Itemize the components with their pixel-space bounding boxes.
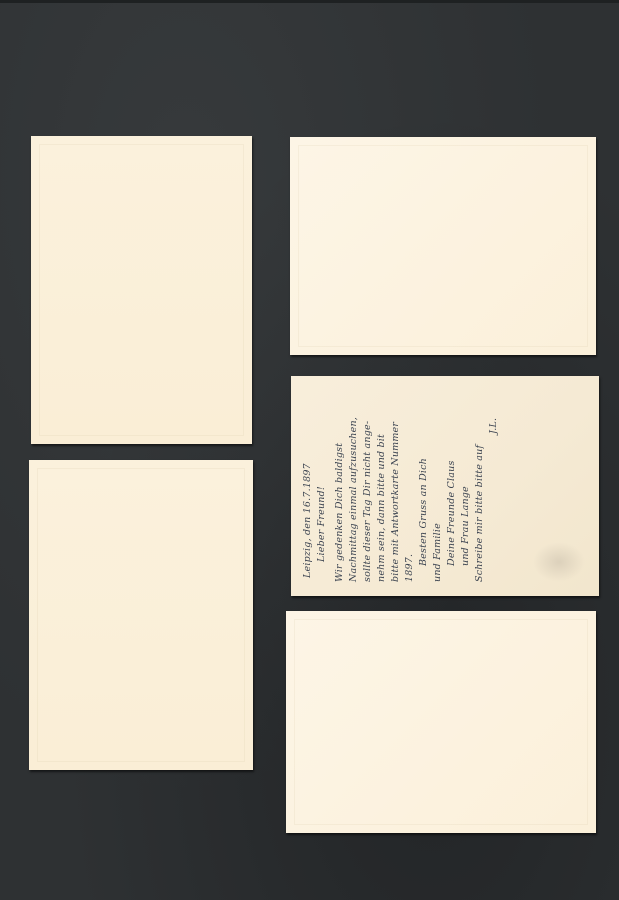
letter-line: nehm sein, dann bitte und bit: [375, 388, 389, 584]
letter-closing: Deine Freunde Claus: [445, 388, 459, 584]
album-top-edge: [0, 0, 619, 3]
letter-signature: J.L.: [487, 388, 501, 584]
letter-line: sollte dieser Tag Dir nicht ange-: [361, 388, 375, 584]
postcard-handwritten: Leipzig, den 16.7.1897 Lieber Freund! Wi…: [291, 376, 599, 596]
letter-postscript: Schreibe mir bitte bitte auf: [473, 388, 487, 584]
letter-date: Leipzig, den 16.7.1897: [301, 388, 315, 584]
letter-closing: und Familie: [431, 388, 445, 584]
card-border: [37, 468, 245, 762]
letter-line: Nachmittag einmal aufzusuchen,: [347, 388, 361, 584]
postcard-top-left-blank: [31, 136, 252, 444]
postmark-smudge: [533, 542, 585, 582]
postcard-bottom-left-blank: [29, 460, 253, 770]
letter-line: bitte mit Antwortkarte Nummer: [389, 388, 403, 584]
letter-closing: Besten Gruss an Dich: [417, 388, 431, 584]
card-border: [39, 144, 244, 436]
card-border: [294, 619, 588, 825]
postcard-top-right-blank: [290, 137, 596, 355]
letter-line: Wir gedenken Dich baldigst: [333, 388, 347, 584]
postcard-bottom-right-blank: [286, 611, 596, 833]
letter-line: 1897.: [403, 388, 417, 584]
card-border: [298, 145, 588, 347]
letter-closing: und Frau Lange: [459, 388, 473, 584]
letter-greeting: Lieber Freund!: [315, 388, 329, 584]
